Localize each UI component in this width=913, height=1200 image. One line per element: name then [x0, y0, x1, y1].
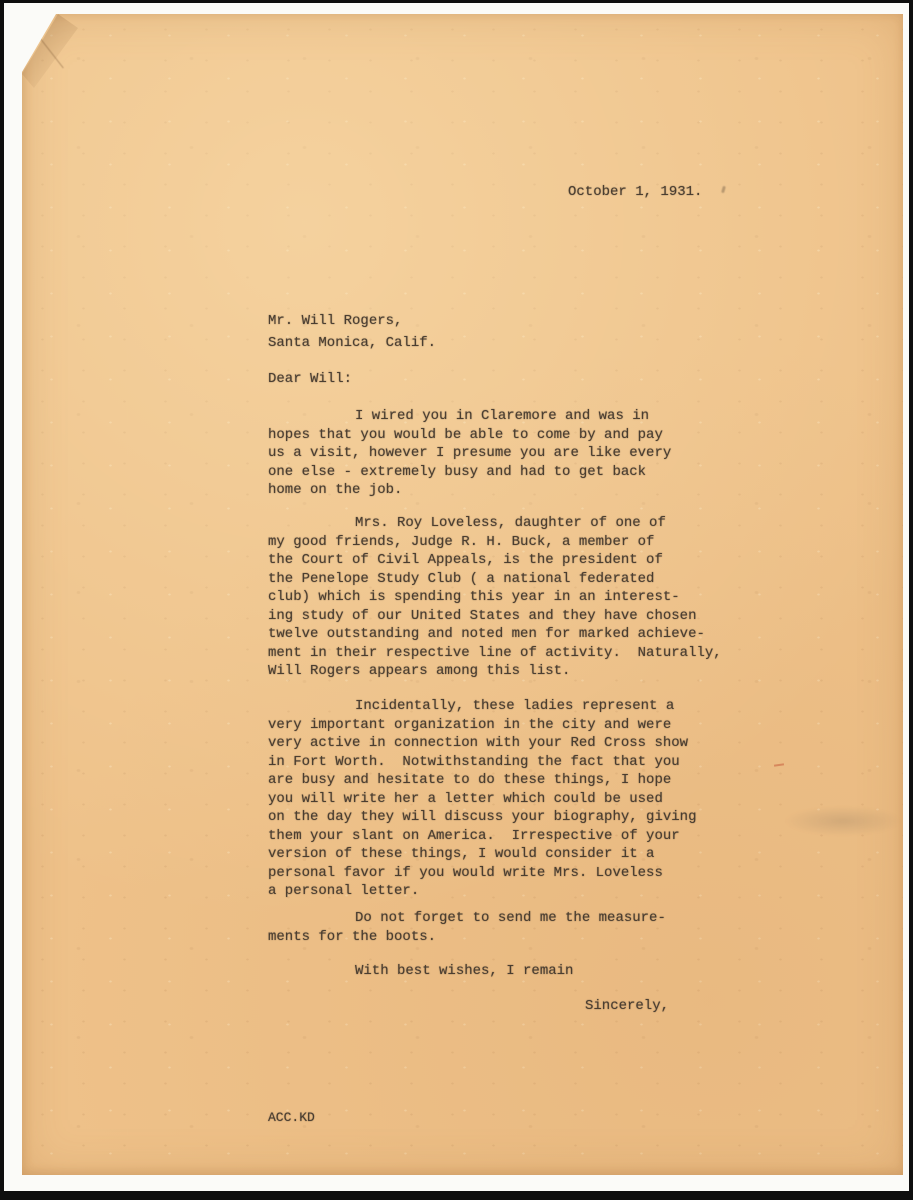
- letter-paper: October 1, 1931. Mr. Will Rogers, Santa …: [22, 14, 903, 1175]
- closing-line: With best wishes, I remain: [355, 962, 573, 981]
- recipient-address: Mr. Will Rogers, Santa Monica, Calif.: [268, 310, 436, 354]
- paragraph-2: Mrs. Roy Loveless, daughter of one of my…: [268, 514, 722, 681]
- typist-initials: ACC.KD: [268, 1109, 315, 1128]
- salutation: Dear Will:: [268, 370, 352, 389]
- fold-crease-line: [27, 22, 63, 68]
- scan-background: October 1, 1931. Mr. Will Rogers, Santa …: [4, 3, 909, 1191]
- stray-ink-mark: [721, 186, 726, 194]
- folded-corner: [22, 14, 94, 98]
- signature-line: Sincerely,: [585, 997, 669, 1016]
- red-pencil-tick: [774, 763, 784, 766]
- paragraph-3: Incidentally, these ladies represent a v…: [268, 697, 696, 901]
- paragraph-4: Do not forget to send me the measure- me…: [268, 909, 666, 946]
- date-line: October 1, 1931.: [568, 183, 702, 202]
- smudge-mark: [784, 806, 902, 836]
- paragraph-1: I wired you in Claremore and was in hope…: [268, 407, 671, 500]
